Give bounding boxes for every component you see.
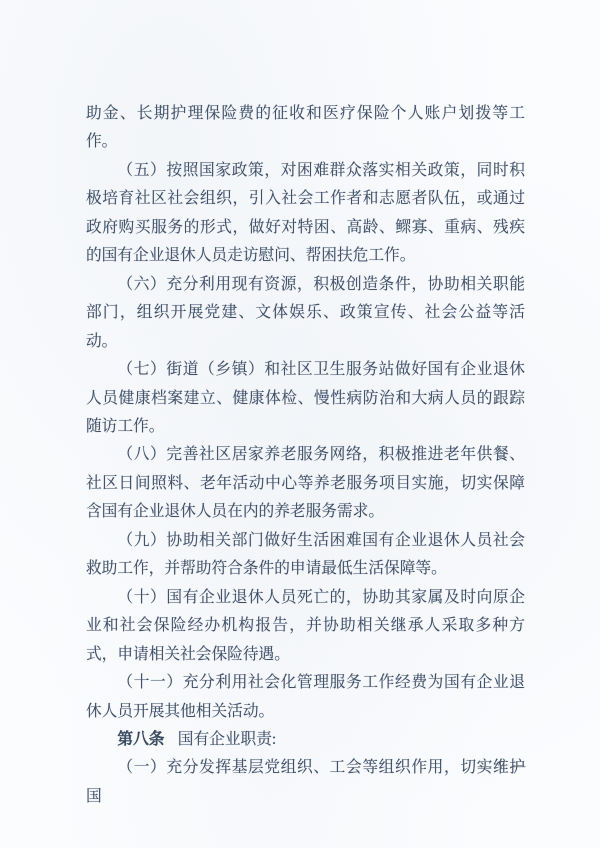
paragraph: （一）充分发挥基层党组织、工会等组织作用，切实维护国 — [86, 754, 525, 811]
paragraph: （七）街道（乡镇）和社区卫生服务站做好国有企业退休人员健康档案建立、健康体检、慢… — [86, 356, 525, 441]
page-number: — 7 — — [478, 759, 528, 775]
paragraph: （九）协助相关部门做好生活困难国有企业退休人员社会救助工作，并帮助符合条件的申请… — [86, 527, 525, 584]
paragraph: （十一）充分利用社会化管理服务工作经费为国有企业退休人员开展其他相关活动。 — [86, 669, 525, 726]
paragraph: （六）充分利用现有资源，积极创造条件，协助相关职能部门，组织开展党建、文体娱乐、… — [86, 271, 525, 356]
paragraph: 第八条国有企业职责: — [86, 726, 525, 754]
document-body: 助金、长期护理保险费的征收和医疗保险个人账户划拨等工作。（五）按照国家政策，对困… — [86, 100, 525, 811]
paragraph: （十）国有企业退休人员死亡的，协助其家属及时向原企业和社会保险经办机构报告，并协… — [86, 584, 525, 669]
paragraph: （五）按照国家政策，对困难群众落实相关政策，同时积极培育社区社会组织，引入社会工… — [86, 157, 525, 271]
paragraph: 助金、长期护理保险费的征收和医疗保险个人账户划拨等工作。 — [86, 100, 525, 157]
article-heading-lead: 第八条 — [117, 731, 164, 748]
paragraph: （八）完善社区居家养老服务网络，积极推进老年供餐、社区日间照料、老年活动中心等养… — [86, 441, 525, 526]
